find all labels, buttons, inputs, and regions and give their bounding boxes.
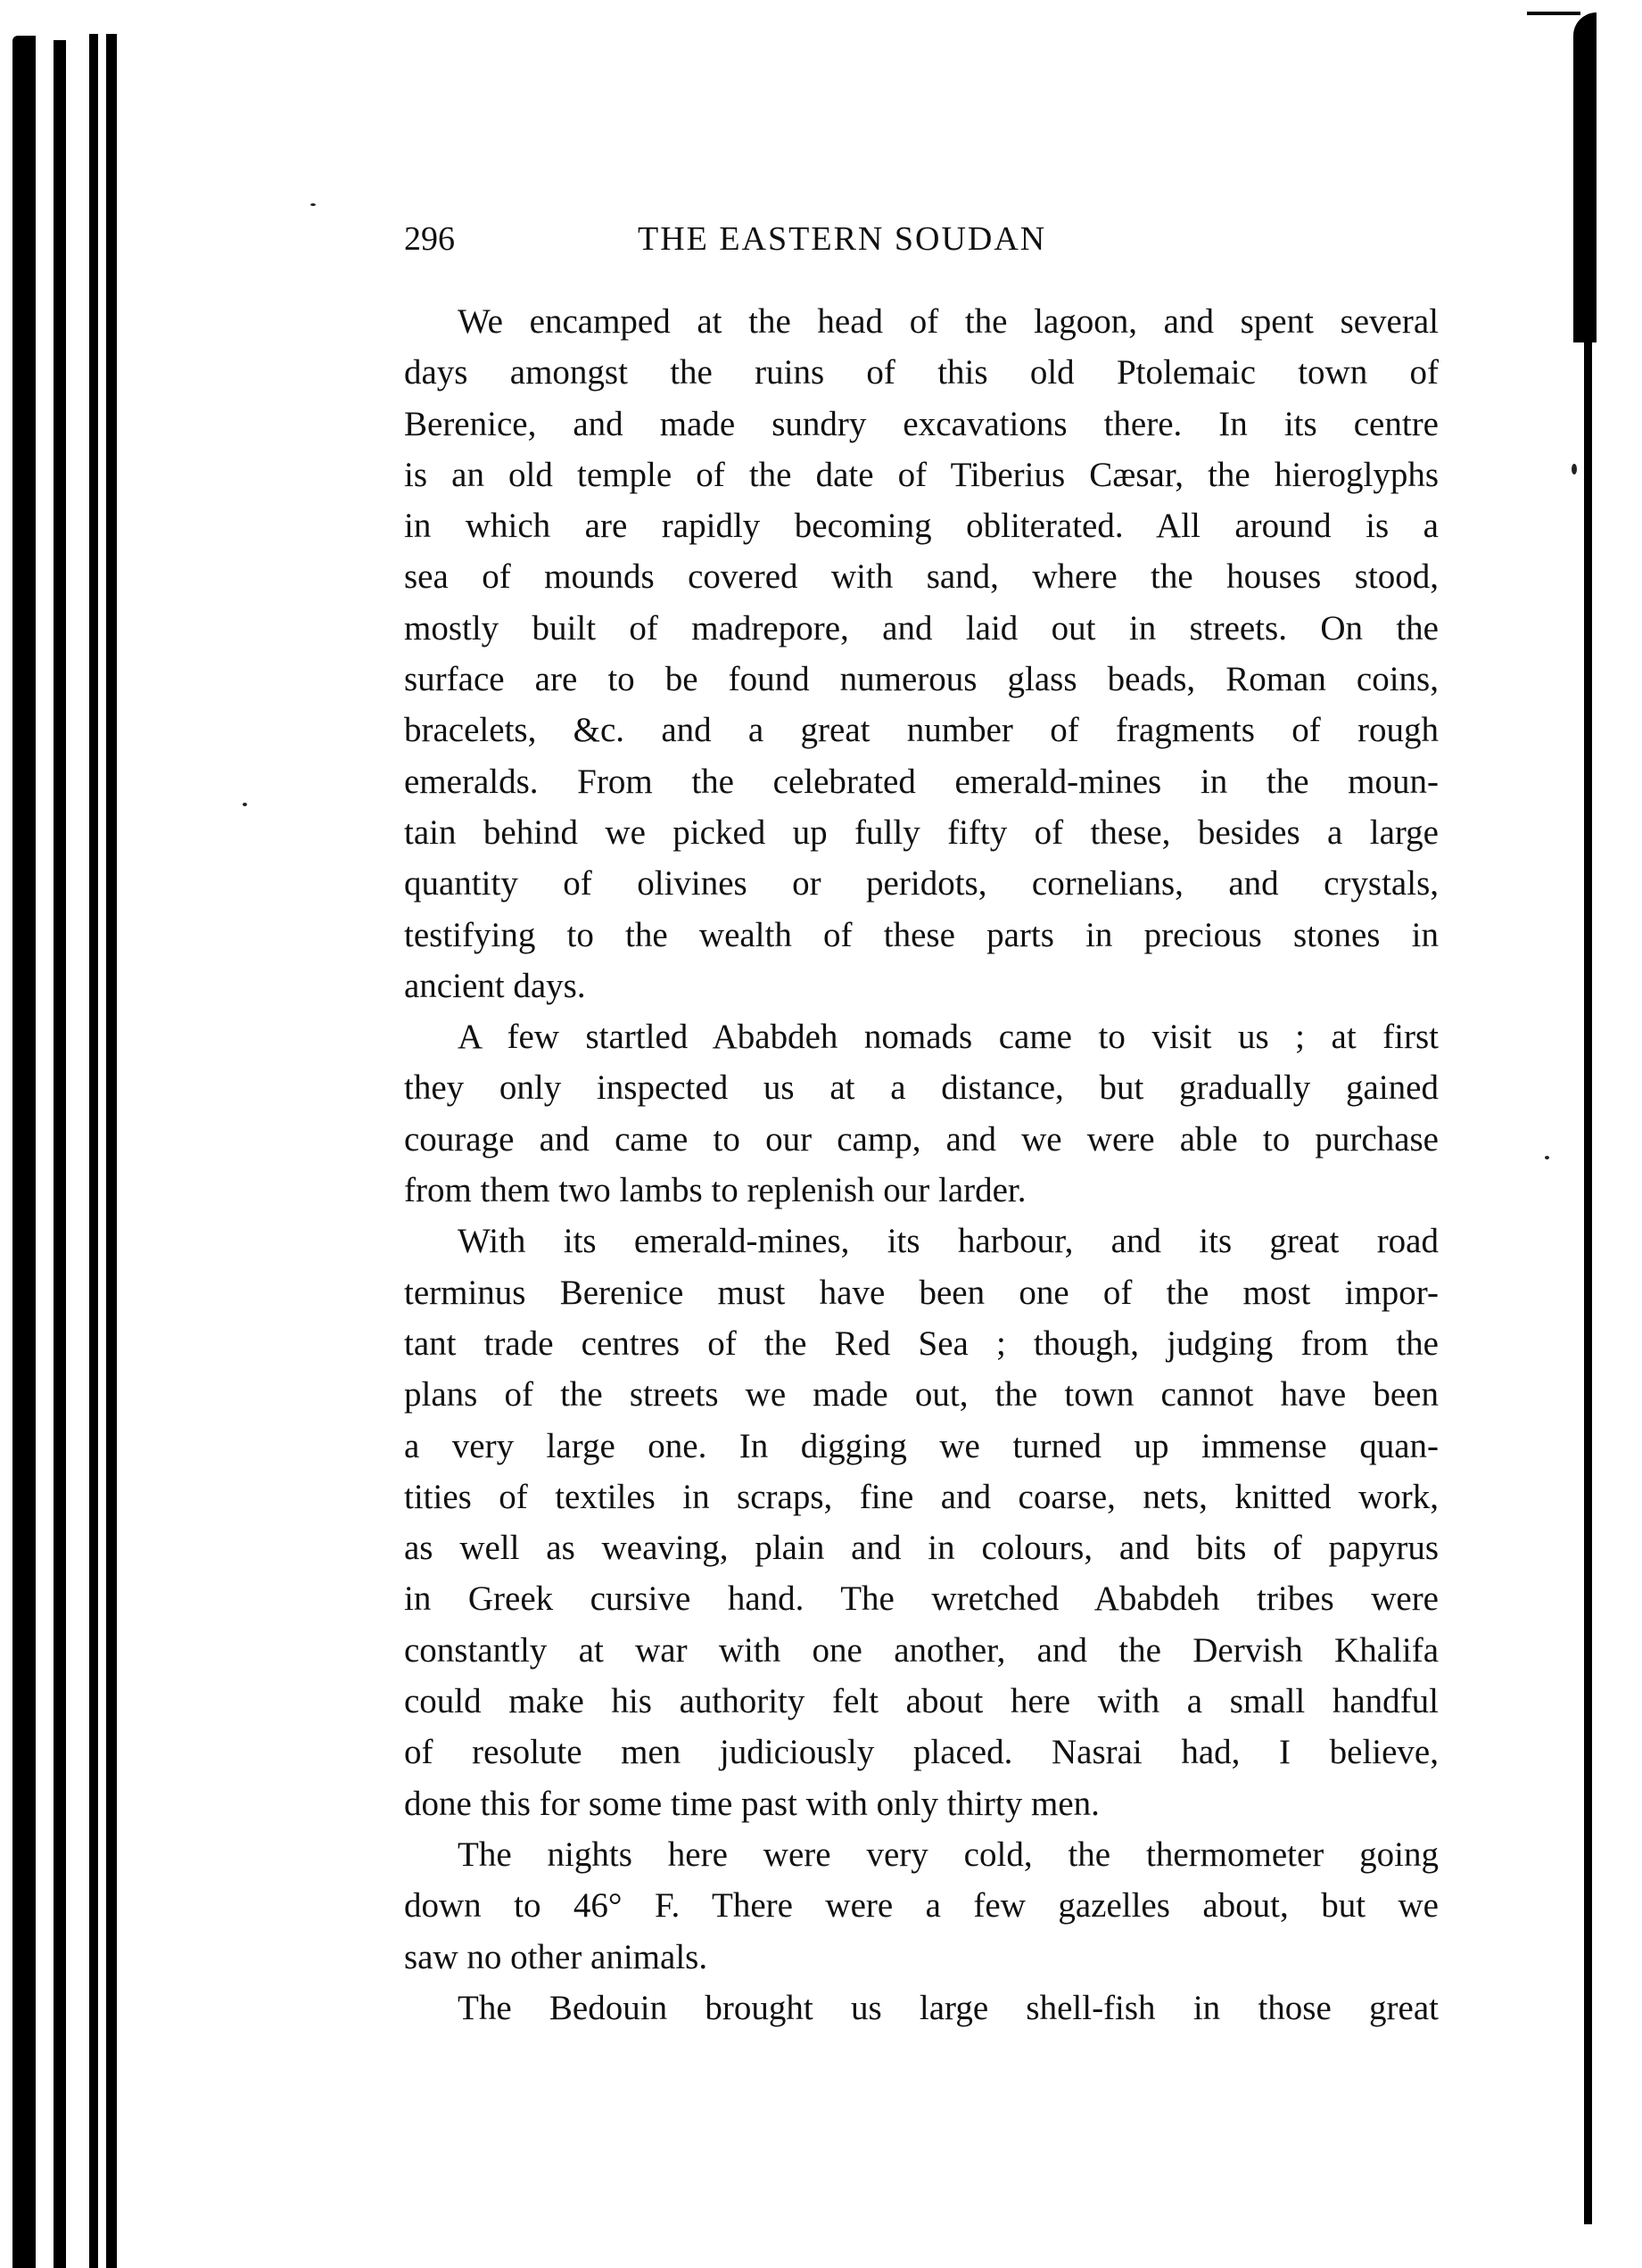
text-line: ancient days. [404,961,1439,1011]
text-line: could make his authority felt about here… [404,1676,1439,1727]
binding-shadow-left-1 [12,36,36,2268]
running-header: 296 THE EASTERN SOUDAN [404,219,1439,264]
text-line: terminus Berenice must have been one of … [404,1267,1439,1318]
text-line: The Bedouin brought us large shell-fish … [404,1983,1439,2033]
text-line: With its emerald-mines, its harbour, and… [404,1216,1439,1266]
running-title: THE EASTERN SOUDAN [638,219,1046,259]
text-line: days amongst the ruins of this old Ptole… [404,347,1439,398]
text-line: constantly at war with one another, and … [404,1625,1439,1676]
binding-shadow-left-2 [54,40,66,2268]
text-line: in Greek cursive hand. The wretched Abab… [404,1573,1439,1624]
text-line: bracelets, &c. and a great number of fra… [404,705,1439,755]
text-line: plans of the streets we made out, the to… [404,1369,1439,1420]
text-line: We encamped at the head of the lagoon, a… [404,296,1439,347]
text-line: emeralds. From the celebrated emerald-mi… [404,756,1439,807]
text-line: from them two lambs to replenish our lar… [404,1165,1439,1216]
text-line: of resolute men judiciously placed. Nasr… [404,1727,1439,1777]
text-line: tities of textiles in scraps, fine and c… [404,1472,1439,1522]
page-edge-shadow-right-top [1573,12,1597,342]
text-line: they only inspected us at a distance, bu… [404,1062,1439,1113]
binding-shadow-left-3 [89,34,98,2268]
scanned-book-page: 296 THE EASTERN SOUDAN We encamped at th… [0,0,1642,2268]
text-line: is an old temple of the date of Tiberius… [404,449,1439,500]
text-line: testifying to the wealth of these parts … [404,910,1439,961]
text-line: as well as weaving, plain and in colours… [404,1522,1439,1573]
page-edge-shadow-right-curl [1527,12,1580,15]
binding-shadow-left-4 [106,34,117,2268]
text-line: tant trade centres of the Red Sea ; thou… [404,1318,1439,1369]
text-line: The nights here were very cold, the ther… [404,1829,1439,1880]
text-line: Berenice, and made sundry excavations th… [404,399,1439,449]
text-line: surface are to be found numerous glass b… [404,654,1439,705]
ink-speck [310,203,316,206]
ink-speck [243,803,247,806]
text-line: A few startled Ababdeh nomads came to vi… [404,1011,1439,1062]
text-line: mostly built of madrepore, and laid out … [404,603,1439,654]
text-line: a very large one. In digging we turned u… [404,1421,1439,1472]
text-line: quantity of olivines or peridots, cornel… [404,858,1439,909]
page-number: 296 [404,219,455,259]
text-line: sea of mounds covered with sand, where t… [404,551,1439,602]
body-text: We encamped at the head of the lagoon, a… [404,296,1439,2033]
text-line: down to 46° F. There were a few gazelles… [404,1880,1439,1931]
ink-speck [1545,1156,1549,1159]
text-line: done this for some time past with only t… [404,1778,1439,1829]
page-edge-shadow-right-bottom [1584,342,1592,2224]
ink-speck [1572,464,1577,474]
text-line: courage and came to our camp, and we wer… [404,1114,1439,1165]
text-line: tain behind we picked up fully fifty of … [404,807,1439,858]
text-line: saw no other animals. [404,1932,1439,1983]
text-line: in which are rapidly becoming obliterate… [404,500,1439,551]
